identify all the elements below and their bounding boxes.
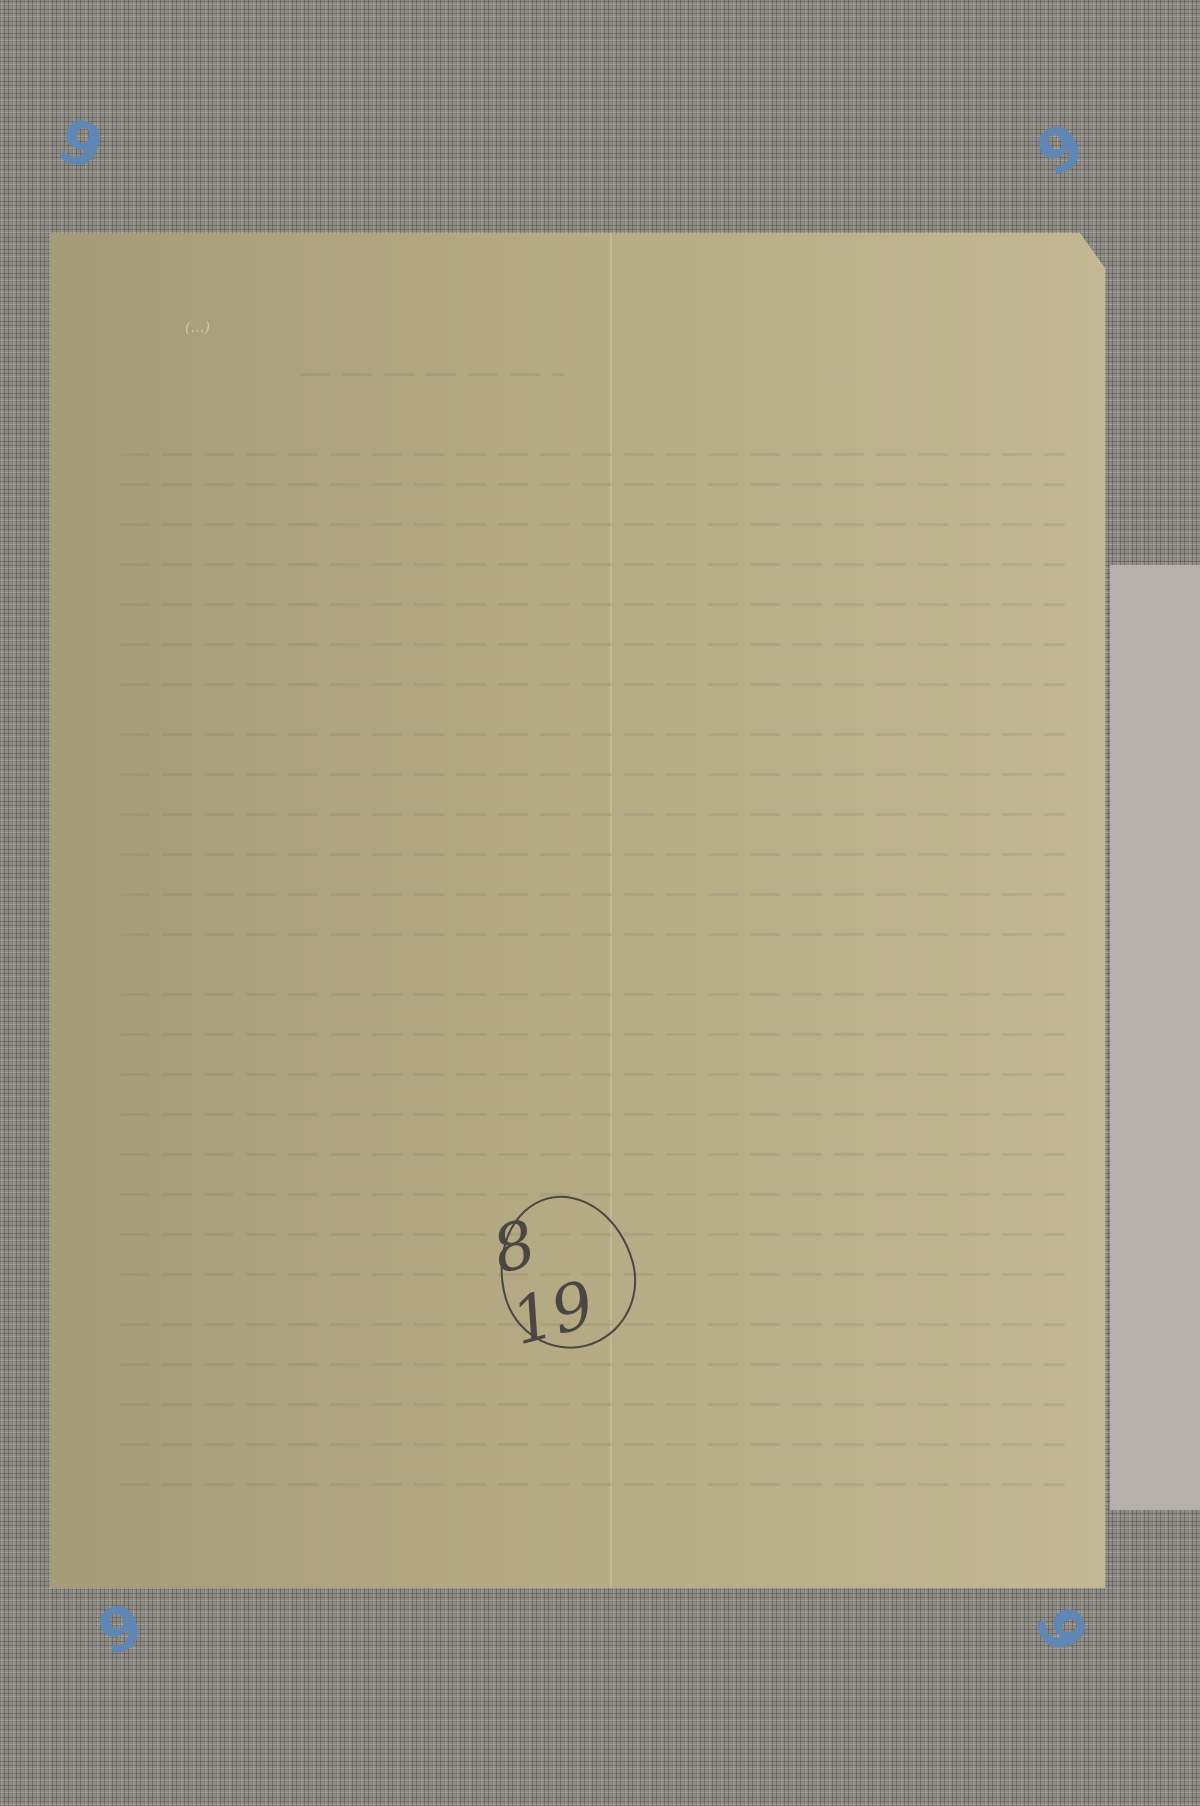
bleed-through-line (120, 453, 1065, 456)
corner-mark-top-right: 9 (1025, 109, 1096, 190)
bleed-through-line (120, 853, 1065, 856)
corner-mark-top-left: 9 (49, 105, 112, 185)
fold-line (610, 233, 612, 1588)
bleed-through-line (300, 373, 565, 376)
bleed-through-line (120, 483, 1065, 486)
bleed-through-line (120, 523, 1065, 526)
bleed-through-line (120, 1403, 1065, 1406)
bleed-through-line (120, 683, 1065, 686)
corner-mark-bottom-left: 9 (89, 1590, 152, 1670)
bleed-through-line (120, 1073, 1065, 1076)
margin-note: (…) (185, 320, 210, 336)
bleed-through-line (120, 603, 1065, 606)
bleed-through-line (120, 1483, 1065, 1486)
bleed-through-line (120, 893, 1065, 896)
underlay-sheet (1110, 565, 1200, 1510)
bleed-through-line (120, 993, 1065, 996)
bleed-through-line (120, 733, 1065, 736)
bleed-through-line (120, 773, 1065, 776)
bleed-through-line (120, 1443, 1065, 1446)
bleed-through-line (120, 1153, 1065, 1156)
bleed-through-line (120, 1363, 1065, 1366)
bleed-through-line (120, 813, 1065, 816)
bleed-through-line (120, 1113, 1065, 1116)
bleed-through-line (120, 1033, 1065, 1036)
bleed-through-line (120, 933, 1065, 936)
bleed-through-line (120, 643, 1065, 646)
manuscript-sheet (50, 233, 1105, 1588)
bleed-through-line (120, 563, 1065, 566)
corner-mark-bottom-right: 9 (1021, 1598, 1101, 1661)
